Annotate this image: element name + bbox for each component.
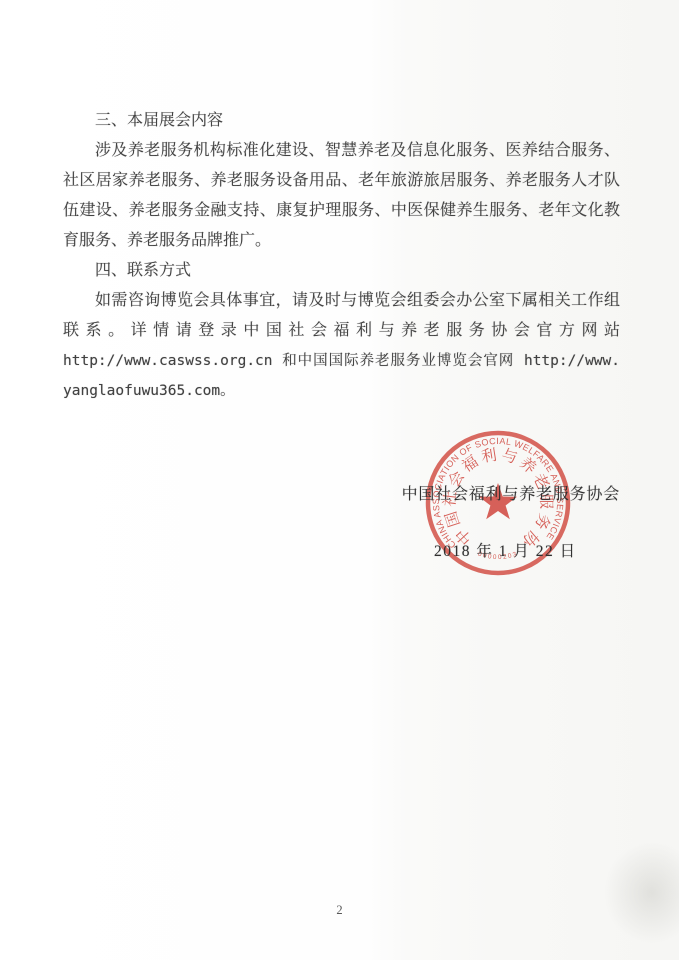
section-3-line: 伍建设、养老服务金融支持、康复护理服务、中医保健养生服务、老年文化教 [63, 196, 620, 226]
signature-organization: 中国社会福利与养老服务协会 [402, 481, 620, 504]
signature-date: 2018 年 1 月 22 日 [434, 539, 577, 561]
section-3-heading: 三、本届展会内容 [63, 106, 620, 136]
section-4-heading: 四、联系方式 [63, 256, 620, 286]
section-4-line: 如需咨询博览会具体事宜，请及时与博览会组委会办公室下属相关工作组 [63, 286, 620, 316]
page-number: 2 [0, 903, 679, 918]
scanned-document-page: { "page": { "page_number": "2" }, "docum… [0, 0, 679, 960]
scan-artifact-shadow [604, 840, 679, 945]
section-4-line-url: http://www.caswss.org.cn 和中国国际养老服务业博览会官网… [63, 346, 620, 376]
section-4-line-url: yanglaofuwu365.com。 [63, 376, 620, 406]
section-3-line: 育服务、养老服务品牌推广。 [63, 226, 620, 256]
section-3-line: 社区居家养老服务、养老服务设备用品、老年旅游旅居服务、养老服务人才队 [63, 166, 620, 196]
section-4-line: 联系。详情请登录中国社会福利与养老服务协会官方网站 [63, 316, 620, 346]
section-3-line: 涉及养老服务机构标准化建设、智慧养老及信息化服务、医养结合服务、 [63, 136, 620, 166]
document-body: 三、本届展会内容 涉及养老服务机构标准化建设、智慧养老及信息化服务、医养结合服务… [63, 106, 620, 406]
